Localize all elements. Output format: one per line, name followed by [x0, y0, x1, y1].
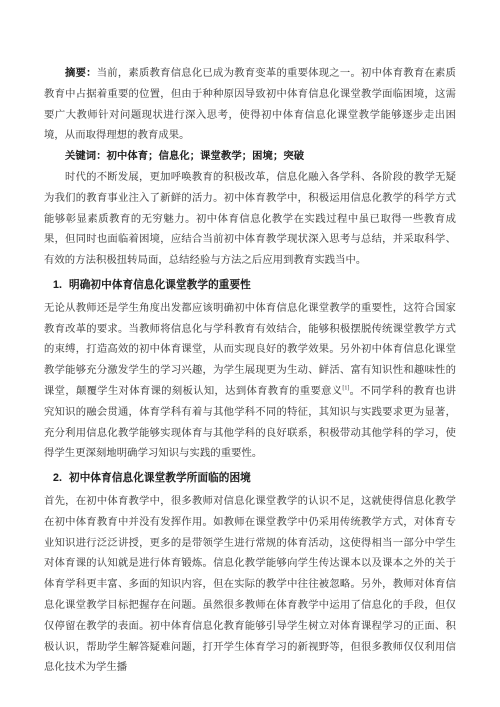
section-1-number: 1. — [53, 275, 62, 296]
section-1-heading: 1.明确初中体育信息化课堂教学的重要性 — [44, 275, 456, 296]
introduction-paragraph: 时代的不断发展，更加呼唤教育的积极改革，信息化融入各学科、各阶段的教学无疑为我们… — [44, 168, 456, 272]
abstract-text: 当前，素质教育信息化已成为教育变革的重要体现之一。初中体育教育在素质教育中占据着… — [44, 68, 456, 141]
section-1-body-paragraph: 无论从教师还是学生角度出发都应该明确初中体育信息化课堂教学的重要性，这符合国家教… — [44, 299, 456, 465]
document-page: 摘要：当前，素质教育信息化已成为教育变革的重要体现之一。初中体育教育在素质教育中… — [0, 0, 500, 707]
keywords-text: 初中体育；信息化；课堂教学；困境；突破 — [107, 151, 305, 162]
abstract-label: 摘要： — [65, 68, 97, 79]
keywords-label: 关键词： — [65, 151, 107, 162]
section-2-heading: 2.初中体育信息化课堂教学所面临的困境 — [44, 468, 456, 489]
section-2-body-text: 首先，在初中体育教学中，很多教师对信息化课堂教学的认识不足，这就使得信息化教学在… — [44, 496, 456, 673]
section-2-title: 初中体育信息化课堂教学所面临的困境 — [69, 472, 251, 484]
section-1-body-text: 无论从教师还是学生角度出发都应该明确初中体育信息化课堂教学的重要性，这符合国家教… — [44, 303, 456, 397]
section-2-number: 2. — [53, 468, 62, 489]
keywords-paragraph: 关键词：初中体育；信息化；课堂教学；困境；突破 — [44, 147, 456, 168]
section-2-body-paragraph: 首先，在初中体育教学中，很多教师对信息化课堂教学的认识不足，这就使得信息化教学在… — [44, 492, 456, 679]
section-1-title: 明确初中体育信息化课堂教学的重要性 — [69, 279, 251, 291]
abstract-paragraph: 摘要：当前，素质教育信息化已成为教育变革的重要体现之一。初中体育教育在素质教育中… — [44, 64, 456, 147]
